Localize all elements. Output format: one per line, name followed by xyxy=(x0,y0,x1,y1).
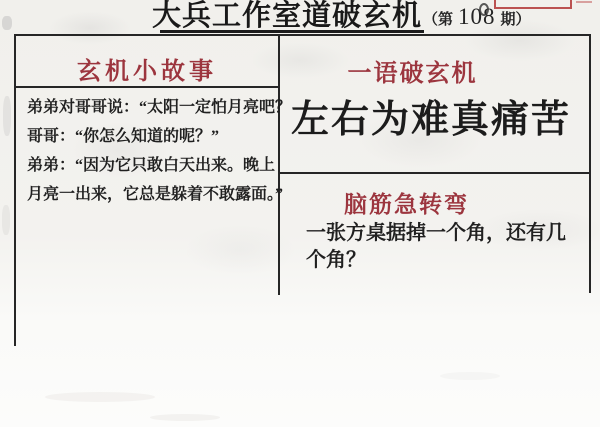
scan-smudge xyxy=(45,392,155,402)
right-top-panel-heading: 一语破玄机 xyxy=(280,53,545,88)
story-line: 哥哥：“你怎么知道的呢？” xyxy=(27,122,279,151)
issue-prefix: （第 xyxy=(423,8,453,29)
scan-smudge xyxy=(2,16,12,30)
issue-number: 108 xyxy=(458,4,496,30)
scan-smudge xyxy=(440,372,500,380)
table-top-border xyxy=(14,34,591,36)
cutoff-red-stamp-box xyxy=(494,0,572,9)
scan-smudge xyxy=(2,205,10,235)
scan-smudge xyxy=(3,96,11,136)
story-line: 月亮一出来，它总是躲着不敢露面。” xyxy=(27,180,279,209)
mystery-phrase: 左右为难真痛苦 xyxy=(281,88,581,143)
cutoff-ink-mark xyxy=(479,3,489,16)
right-bottom-panel-heading: 脑筋急转弯 xyxy=(344,186,469,219)
story-text: 弟弟对哥哥说：“太阳一定怕月亮吧？ 哥哥：“你怎么知道的呢？” 弟弟：“因为它只… xyxy=(27,93,279,209)
brain-teaser-text: 一张方桌据掉一个角，还有几 个角？ xyxy=(306,220,588,274)
story-line: 弟弟：“因为它只敢白天出来。晚上 xyxy=(27,151,279,180)
cutoff-red-mark xyxy=(576,1,592,3)
story-line: 弟弟对哥哥说：“太阳一定怕月亮吧？ xyxy=(27,93,279,122)
left-panel-heading: 玄机小故事 xyxy=(14,51,280,86)
left-panel-heading-separator xyxy=(14,86,280,88)
scanned-tipsheet-page: 大兵工作室道破玄机 （第 108 期） 玄机小故事 弟弟对哥哥说：“太阳一定怕月… xyxy=(0,0,600,427)
scan-smudge xyxy=(150,414,220,421)
brain-teaser-line: 个角？ xyxy=(306,247,588,274)
issue-suffix: 期） xyxy=(501,8,531,29)
brain-teaser-line: 一张方桌据掉一个角，还有几 xyxy=(306,220,588,247)
table-right-border xyxy=(589,34,591,293)
title-underline xyxy=(160,30,424,33)
page-title: 大兵工作室道破玄机 xyxy=(152,0,422,34)
right-panel-section-divider xyxy=(278,172,591,174)
